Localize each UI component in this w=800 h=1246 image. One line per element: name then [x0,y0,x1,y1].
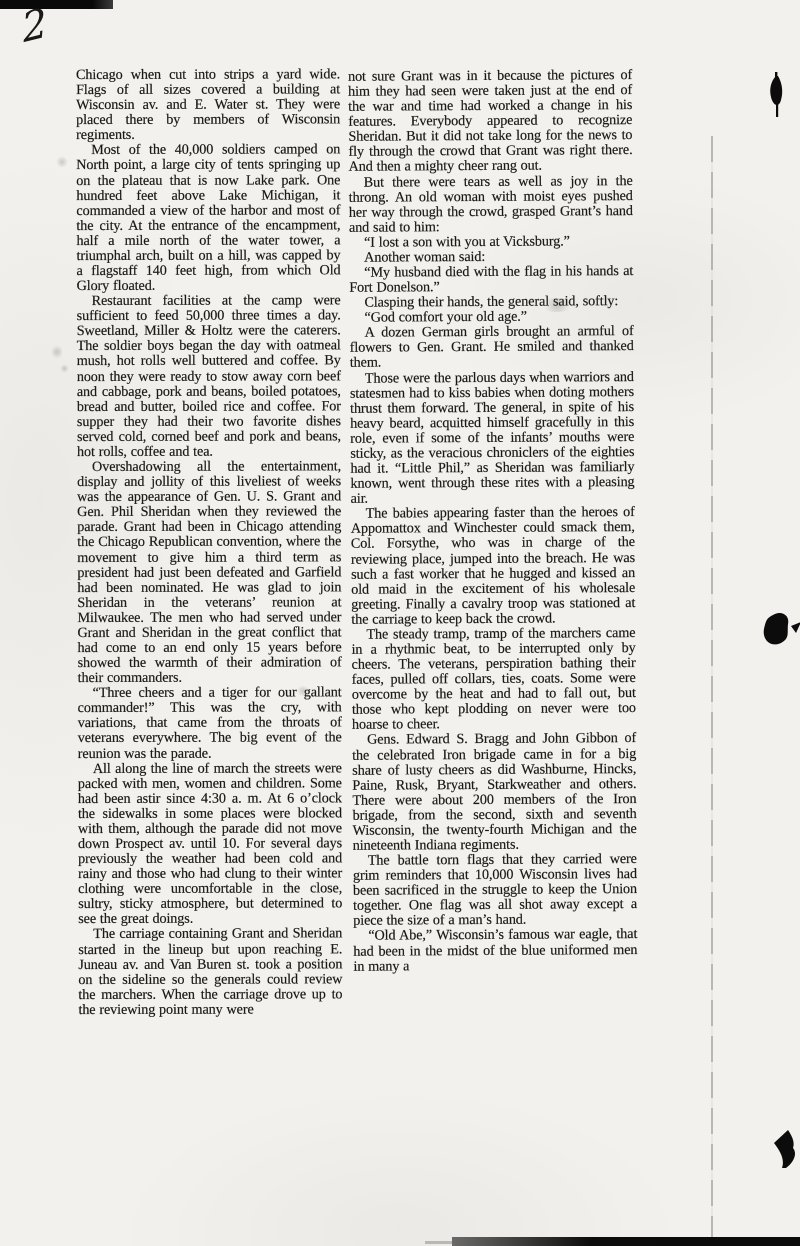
paragraph: The steady tramp, tramp of the marchers … [351,626,636,733]
paragraph: Overshadowing all the entertainment, dis… [77,459,342,686]
smudge-mark [60,364,69,373]
paragraph: Most of the 40,000 soldiers camped on No… [76,143,340,294]
paragraph: “Old Abe,” Wisconsin’s famous war eagle,… [353,927,637,974]
scan-artifact-bottom-bar [452,1237,800,1246]
paragraph: Restaurant facilities at the camp were s… [77,293,341,460]
ink-blob-icon [765,72,787,118]
article-column-left: Chicago when cut into strips a yard wide… [76,67,343,1220]
paragraph: Gens. Edward S. Bragg and John Gibbon of… [352,731,637,853]
newspaper-clipping-page: 2 Chicago when cut into strips a yard wi… [0,0,800,1246]
paragraph: The carriage containing Grant and Sherid… [78,927,342,1018]
smudge-mark [540,298,574,312]
scan-artifact-top-bar [0,0,113,9]
fold-line [711,136,713,1240]
paragraph: The battle torn flags that they carried … [353,852,637,929]
paragraph: Those were the parlous days when warrior… [350,370,635,507]
paragraph: “My husband died with the flag in his ha… [349,264,633,296]
ink-blob-icon [772,1128,800,1170]
page-number-handwritten: 2 [20,3,49,49]
paragraph: Chicago when cut into strips a yard wide… [76,67,340,143]
paragraph: The babies appearing faster than the her… [351,505,636,627]
smudge-mark [56,156,68,168]
smudge-mark [296,686,310,696]
article-column-right: not sure Grant was in it because the pic… [348,68,639,1230]
smudge-mark [52,344,62,360]
paragraph: “I lost a son with you at Vicksburg.” [349,234,633,251]
paragraph: A dozen German girls brought an armful o… [350,324,634,371]
paragraph: All along the line of march the streets … [78,761,342,928]
paragraph: “Three cheers and a tiger for our gallan… [78,686,342,762]
ink-blob-icon [760,608,800,652]
paragraph: not sure Grant was in it because the pic… [348,68,633,175]
paragraph: But there were tears as well as joy in t… [349,174,633,236]
